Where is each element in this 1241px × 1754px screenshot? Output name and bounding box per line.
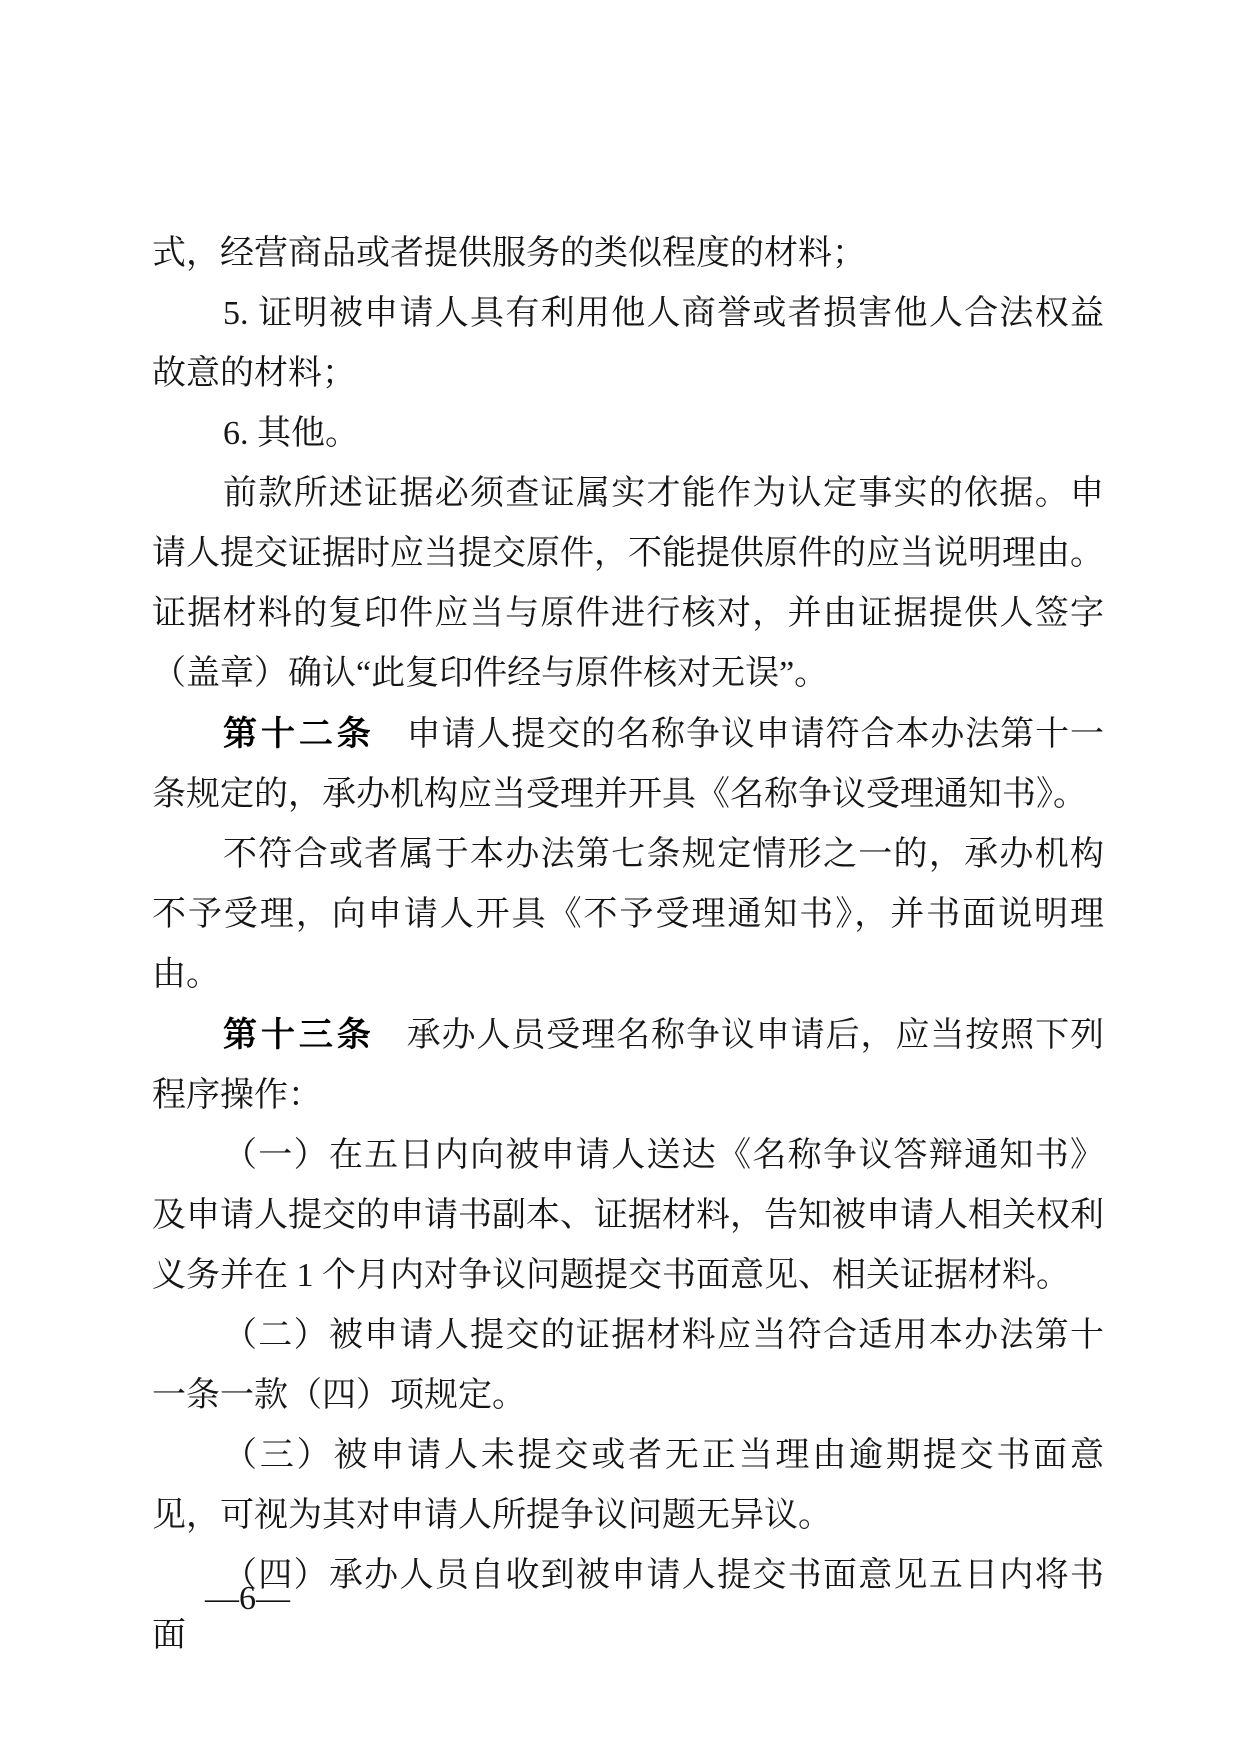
paragraph-item-1: （一）在五日内向被申请人送达《名称争议答辩通知书》及申请人提交的申请书副本、证据…: [152, 1126, 1104, 1306]
text-block: 式，经营商品或者提供服务的类似程度的材料； 5. 证明被申请人具有利用他人商誉或…: [152, 224, 1104, 1666]
paragraph: 5. 证明被申请人具有利用他人商誉或者损害他人合法权益故意的材料；: [152, 284, 1104, 404]
document-page: 式，经营商品或者提供服务的类似程度的材料； 5. 证明被申请人具有利用他人商誉或…: [0, 0, 1241, 1754]
paragraph-text: 6. 其他。: [223, 415, 359, 452]
paragraph-item-2: （二）被申请人提交的证据材料应当符合适用本办法第十一条一款（四）项规定。: [152, 1306, 1104, 1426]
paragraph-text: （四）承办人员自收到被申请人提交书面意见五日内将书面: [152, 1557, 1104, 1654]
paragraph-text: （三）被申请人未提交或者无正当理由逾期提交书面意见，可视为其对申请人所提争议问题…: [152, 1437, 1104, 1534]
paragraph: 不符合或者属于本办法第七条规定情形之一的，承办机构不予受理，向申请人开具《不予受…: [152, 825, 1104, 1005]
paragraph-text: 不符合或者属于本办法第七条规定情形之一的，承办机构不予受理，向申请人开具《不予受…: [152, 836, 1104, 993]
paragraph-article-13: 第十三条承办人员受理名称争议申请后，应当按照下列程序操作：: [152, 1005, 1104, 1126]
page-number: —6—: [205, 1581, 290, 1617]
paragraph: 前款所述证据必须查证属实才能作为认定事实的依据。申请人提交证据时应当提交原件，不…: [152, 464, 1104, 704]
paragraph-text: 5. 证明被申请人具有利用他人商誉或者损害他人合法权益故意的材料；: [152, 295, 1104, 392]
paragraph-item-4: （四）承办人员自收到被申请人提交书面意见五日内将书面: [152, 1546, 1104, 1666]
paragraph-text: （二）被申请人提交的证据材料应当符合适用本办法第十一条一款（四）项规定。: [152, 1317, 1104, 1414]
paragraph-article-12: 第十二条申请人提交的名称争议申请符合本办法第十一条规定的，承办机构应当受理并开具…: [152, 704, 1104, 825]
paragraph-text: （一）在五日内向被申请人送达《名称争议答辩通知书》及申请人提交的申请书副本、证据…: [152, 1137, 1104, 1294]
paragraph-text: 前款所述证据必须查证属实才能作为认定事实的依据。申请人提交证据时应当提交原件，不…: [152, 475, 1104, 692]
paragraph: 6. 其他。: [152, 404, 1104, 464]
paragraph: 式，经营商品或者提供服务的类似程度的材料；: [152, 224, 1104, 284]
paragraph-item-3: （三）被申请人未提交或者无正当理由逾期提交书面意见，可视为其对申请人所提争议问题…: [152, 1426, 1104, 1546]
paragraph-text: 式，经营商品或者提供服务的类似程度的材料；: [152, 235, 866, 272]
article-number: 第十三条: [223, 1016, 375, 1054]
article-number: 第十二条: [223, 715, 375, 753]
